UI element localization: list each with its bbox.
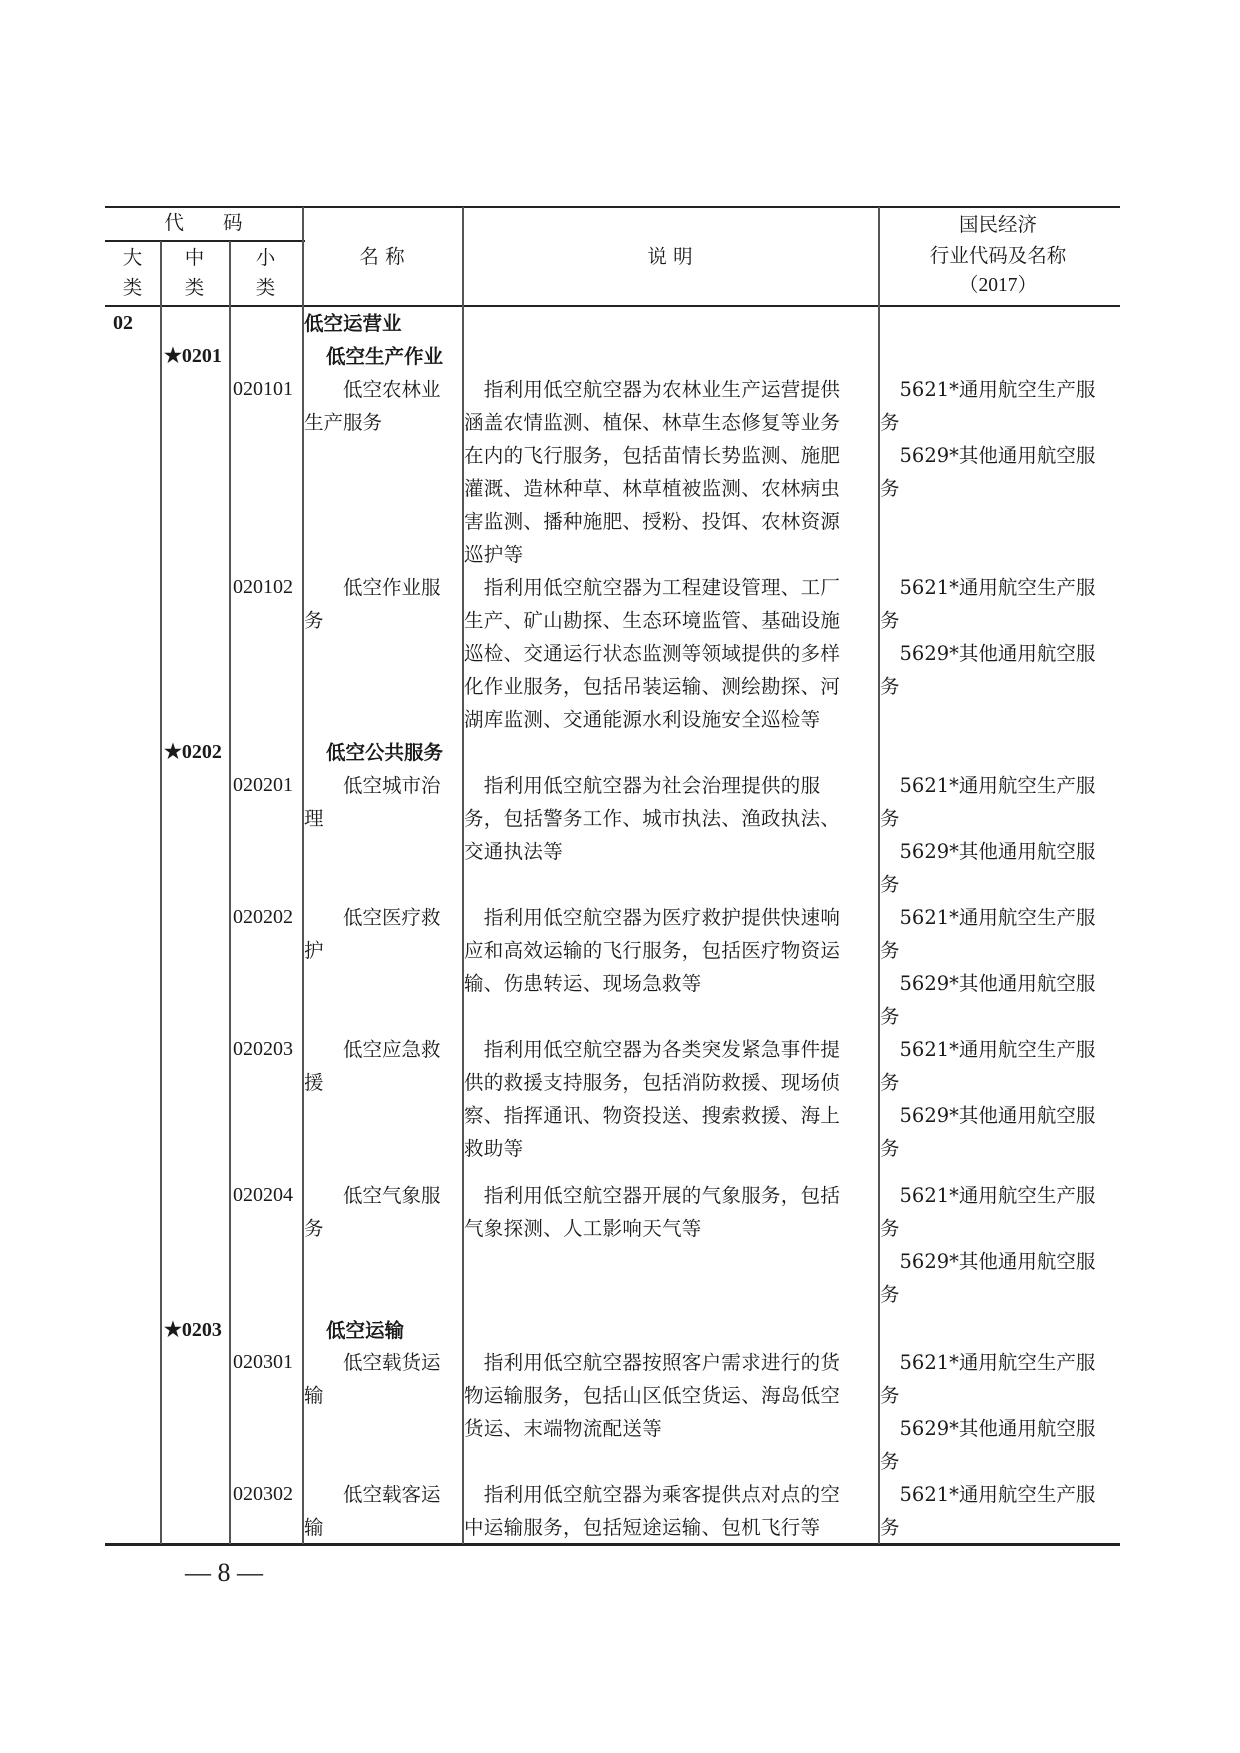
- item-description: 指利用低空航空器为乘客提供点对点的空 中运输服务，包括短途运输、包机飞行等: [464, 1478, 880, 1544]
- item-description: 指利用低空航空器为农林业生产运营提供 涵盖农情监测、植保、林草生态修复等业务 在…: [464, 373, 880, 571]
- group-code: ★0201: [164, 340, 222, 373]
- item-description: 指利用低空航空器为各类突发紧急事件提 供的救援支持服务，包括消防救援、现场侦 察…: [464, 1033, 880, 1165]
- page-number: — 8 —: [185, 1558, 263, 1588]
- item-name: 低空应急救 援: [304, 1033, 464, 1099]
- group-name: 低空生产作业: [326, 340, 443, 373]
- header-minor-category: 小 类: [229, 243, 302, 303]
- item-code: 020302: [233, 1478, 293, 1511]
- item-national-codes: 5621*通用航空生产服 务 5629*其他通用航空服 务: [880, 769, 1120, 901]
- header-bottom-rule: [105, 305, 1120, 307]
- item-description: 指利用低空航空器为医疗救护提供快速响 应和高效运输的飞行服务，包括医疗物资运 输…: [464, 901, 880, 1000]
- item-name: 低空气象服 务: [304, 1179, 464, 1245]
- header-description: 说 明: [462, 242, 878, 272]
- header-middle-category: 中 类: [160, 243, 229, 303]
- header-national-1: 国民经济: [878, 210, 1118, 240]
- col-divider-middle: [229, 241, 231, 1544]
- item-national-codes: 5621*通用航空生产服 务 5629*其他通用航空服 务: [880, 1346, 1120, 1478]
- item-code: 020301: [233, 1346, 293, 1379]
- item-name: 低空医疗救 护: [304, 901, 464, 967]
- item-description: 指利用低空航空器为社会治理提供的服 务，包括警务工作、城市执法、渔政执法、 交通…: [464, 769, 880, 868]
- item-national-codes: 5621*通用航空生产服 务 5629*其他通用航空服 务: [880, 901, 1120, 1033]
- item-name: 低空农林业 生产服务: [304, 373, 464, 439]
- item-description: 指利用低空航空器开展的气象服务，包括 气象探测、人工影响天气等: [464, 1179, 880, 1245]
- header-national-2: 行业代码及名称: [878, 241, 1118, 271]
- item-name: 低空作业服 务: [304, 571, 464, 637]
- item-code: 020203: [233, 1033, 293, 1066]
- item-code: 020204: [233, 1179, 293, 1212]
- header-name: 名 称: [302, 242, 462, 272]
- item-description: 指利用低空航空器为工程建设管理、工厂 生产、矿山勘探、生态环境监管、基础设施 巡…: [464, 571, 880, 736]
- item-national-codes: 5621*通用航空生产服 务: [880, 1478, 1120, 1544]
- item-national-codes: 5621*通用航空生产服 务 5629*其他通用航空服 务: [880, 1033, 1120, 1165]
- group-name: 低空公共服务: [326, 736, 443, 769]
- col-divider-major: [160, 241, 162, 1544]
- item-national-codes: 5621*通用航空生产服 务 5629*其他通用航空服 务: [880, 1179, 1120, 1311]
- item-description: 指利用低空航空器按照客户需求进行的货 物运输服务，包括山区低空货运、海岛低空 货…: [464, 1346, 880, 1445]
- item-name: 低空载货运 输: [304, 1346, 464, 1412]
- item-national-codes: 5621*通用航空生产服 务 5629*其他通用航空服 务: [880, 571, 1120, 703]
- header-major-category: 大 类: [105, 243, 160, 303]
- header-national-3: （2017）: [878, 271, 1118, 301]
- code-header-rule: [105, 240, 305, 242]
- document-page: 代 码 大 类 中 类 小 类 名 称 说 明 国民经济 行业代码及名称 （20…: [0, 0, 1240, 1753]
- item-name: 低空载客运 输: [304, 1478, 464, 1544]
- item-code: 020202: [233, 901, 293, 934]
- item-name: 低空城市治 理: [304, 769, 464, 835]
- group-name: 低空运输: [326, 1314, 404, 1347]
- item-code: 020201: [233, 769, 293, 802]
- item-code: 020102: [233, 571, 293, 604]
- group-code: ★0202: [164, 736, 222, 769]
- major-code: 02: [113, 307, 133, 340]
- group-code: ★0203: [164, 1314, 222, 1347]
- item-national-codes: 5621*通用航空生产服 务 5629*其他通用航空服 务: [880, 373, 1120, 505]
- header-code-group: 代 码: [105, 208, 302, 238]
- major-name: 低空运营业: [304, 307, 402, 340]
- item-code: 020101: [233, 373, 293, 406]
